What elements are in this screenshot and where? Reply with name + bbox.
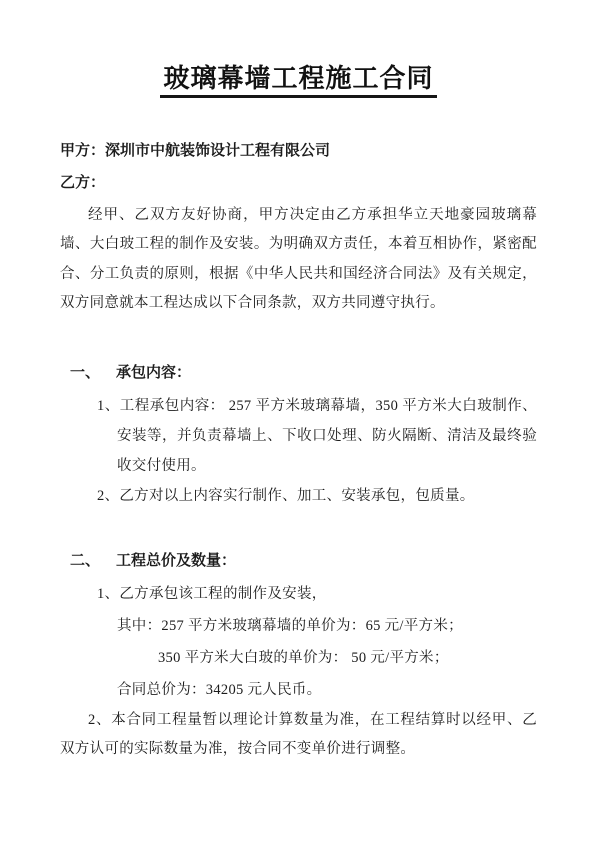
unit-price-plate-glass-line: 350 平方米大白玻的单价为： 50 元/平方米； (60, 642, 537, 674)
section-2-item-1-number: 1、 (97, 586, 119, 602)
section-1-item-1-number: 1、 (97, 398, 120, 414)
section-2-item-1: 1、乙方承包该工程的制作及安装， (60, 578, 537, 610)
section-1-item-2: 2、乙方对以上内容实行制作、加工、安装承包，包质量。 (60, 481, 537, 511)
section-1-item-2-number: 2、 (97, 488, 119, 504)
contract-document-page: 玻璃幕墙工程施工合同 甲方：深圳市中航装饰设计工程有限公司 乙方： 经甲、乙双方… (0, 0, 600, 849)
contract-total-price-line: 合同总价为：34205 元人民币。 (60, 674, 537, 706)
section-2-heading: 二、工程总价及数量： (60, 546, 537, 576)
section-1-item-2-text: 乙方对以上内容实行制作、加工、安装承包，包质量。 (119, 488, 474, 504)
section-2-number: 二、 (70, 553, 100, 569)
party-a-name: 深圳市中航装饰设计工程有限公司 (105, 143, 330, 159)
section-1-heading: 一、承包内容： (60, 358, 537, 388)
party-a-line: 甲方：深圳市中航装饰设计工程有限公司 (60, 136, 537, 166)
section-1-item-1-text: 工程承包内容： 257 平方米玻璃幕墙，350 平方米大白玻制作、安装等，并负责… (117, 398, 537, 474)
section-2-item-1-text: 乙方承包该工程的制作及安装， (119, 586, 326, 602)
unit-price-curtain-wall-line: 其中：257 平方米玻璃幕墙的单价为：65 元/平方米； (60, 610, 537, 642)
document-title: 玻璃幕墙工程施工合同 (160, 64, 436, 98)
party-b-line: 乙方： (60, 168, 537, 198)
section-2-item-2-number: 2、 (88, 712, 111, 728)
party-a-label: 甲方： (60, 143, 105, 159)
section-2-item-2: 2、本合同工程量暂以理论计算数量为准，在工程结算时以经甲、乙双方认可的实际数量为… (60, 706, 537, 765)
title-row: 玻璃幕墙工程施工合同 (60, 64, 537, 98)
section-1-number: 一、 (70, 365, 100, 381)
party-b-label: 乙方： (60, 175, 105, 191)
section-1-title: 承包内容： (116, 365, 191, 381)
preamble-paragraph: 经甲、乙双方友好协商，甲方决定由乙方承担华立天地豪园玻璃幕墙、大白玻工程的制作及… (60, 201, 537, 319)
section-2-item-2-text: 本合同工程量暂以理论计算数量为准，在工程结算时以经甲、乙双方认可的实际数量为准，… (60, 712, 537, 758)
section-1-item-1: 1、工程承包内容： 257 平方米玻璃幕墙，350 平方米大白玻制作、安装等，并… (60, 391, 537, 481)
section-2-title: 工程总价及数量： (116, 553, 236, 569)
